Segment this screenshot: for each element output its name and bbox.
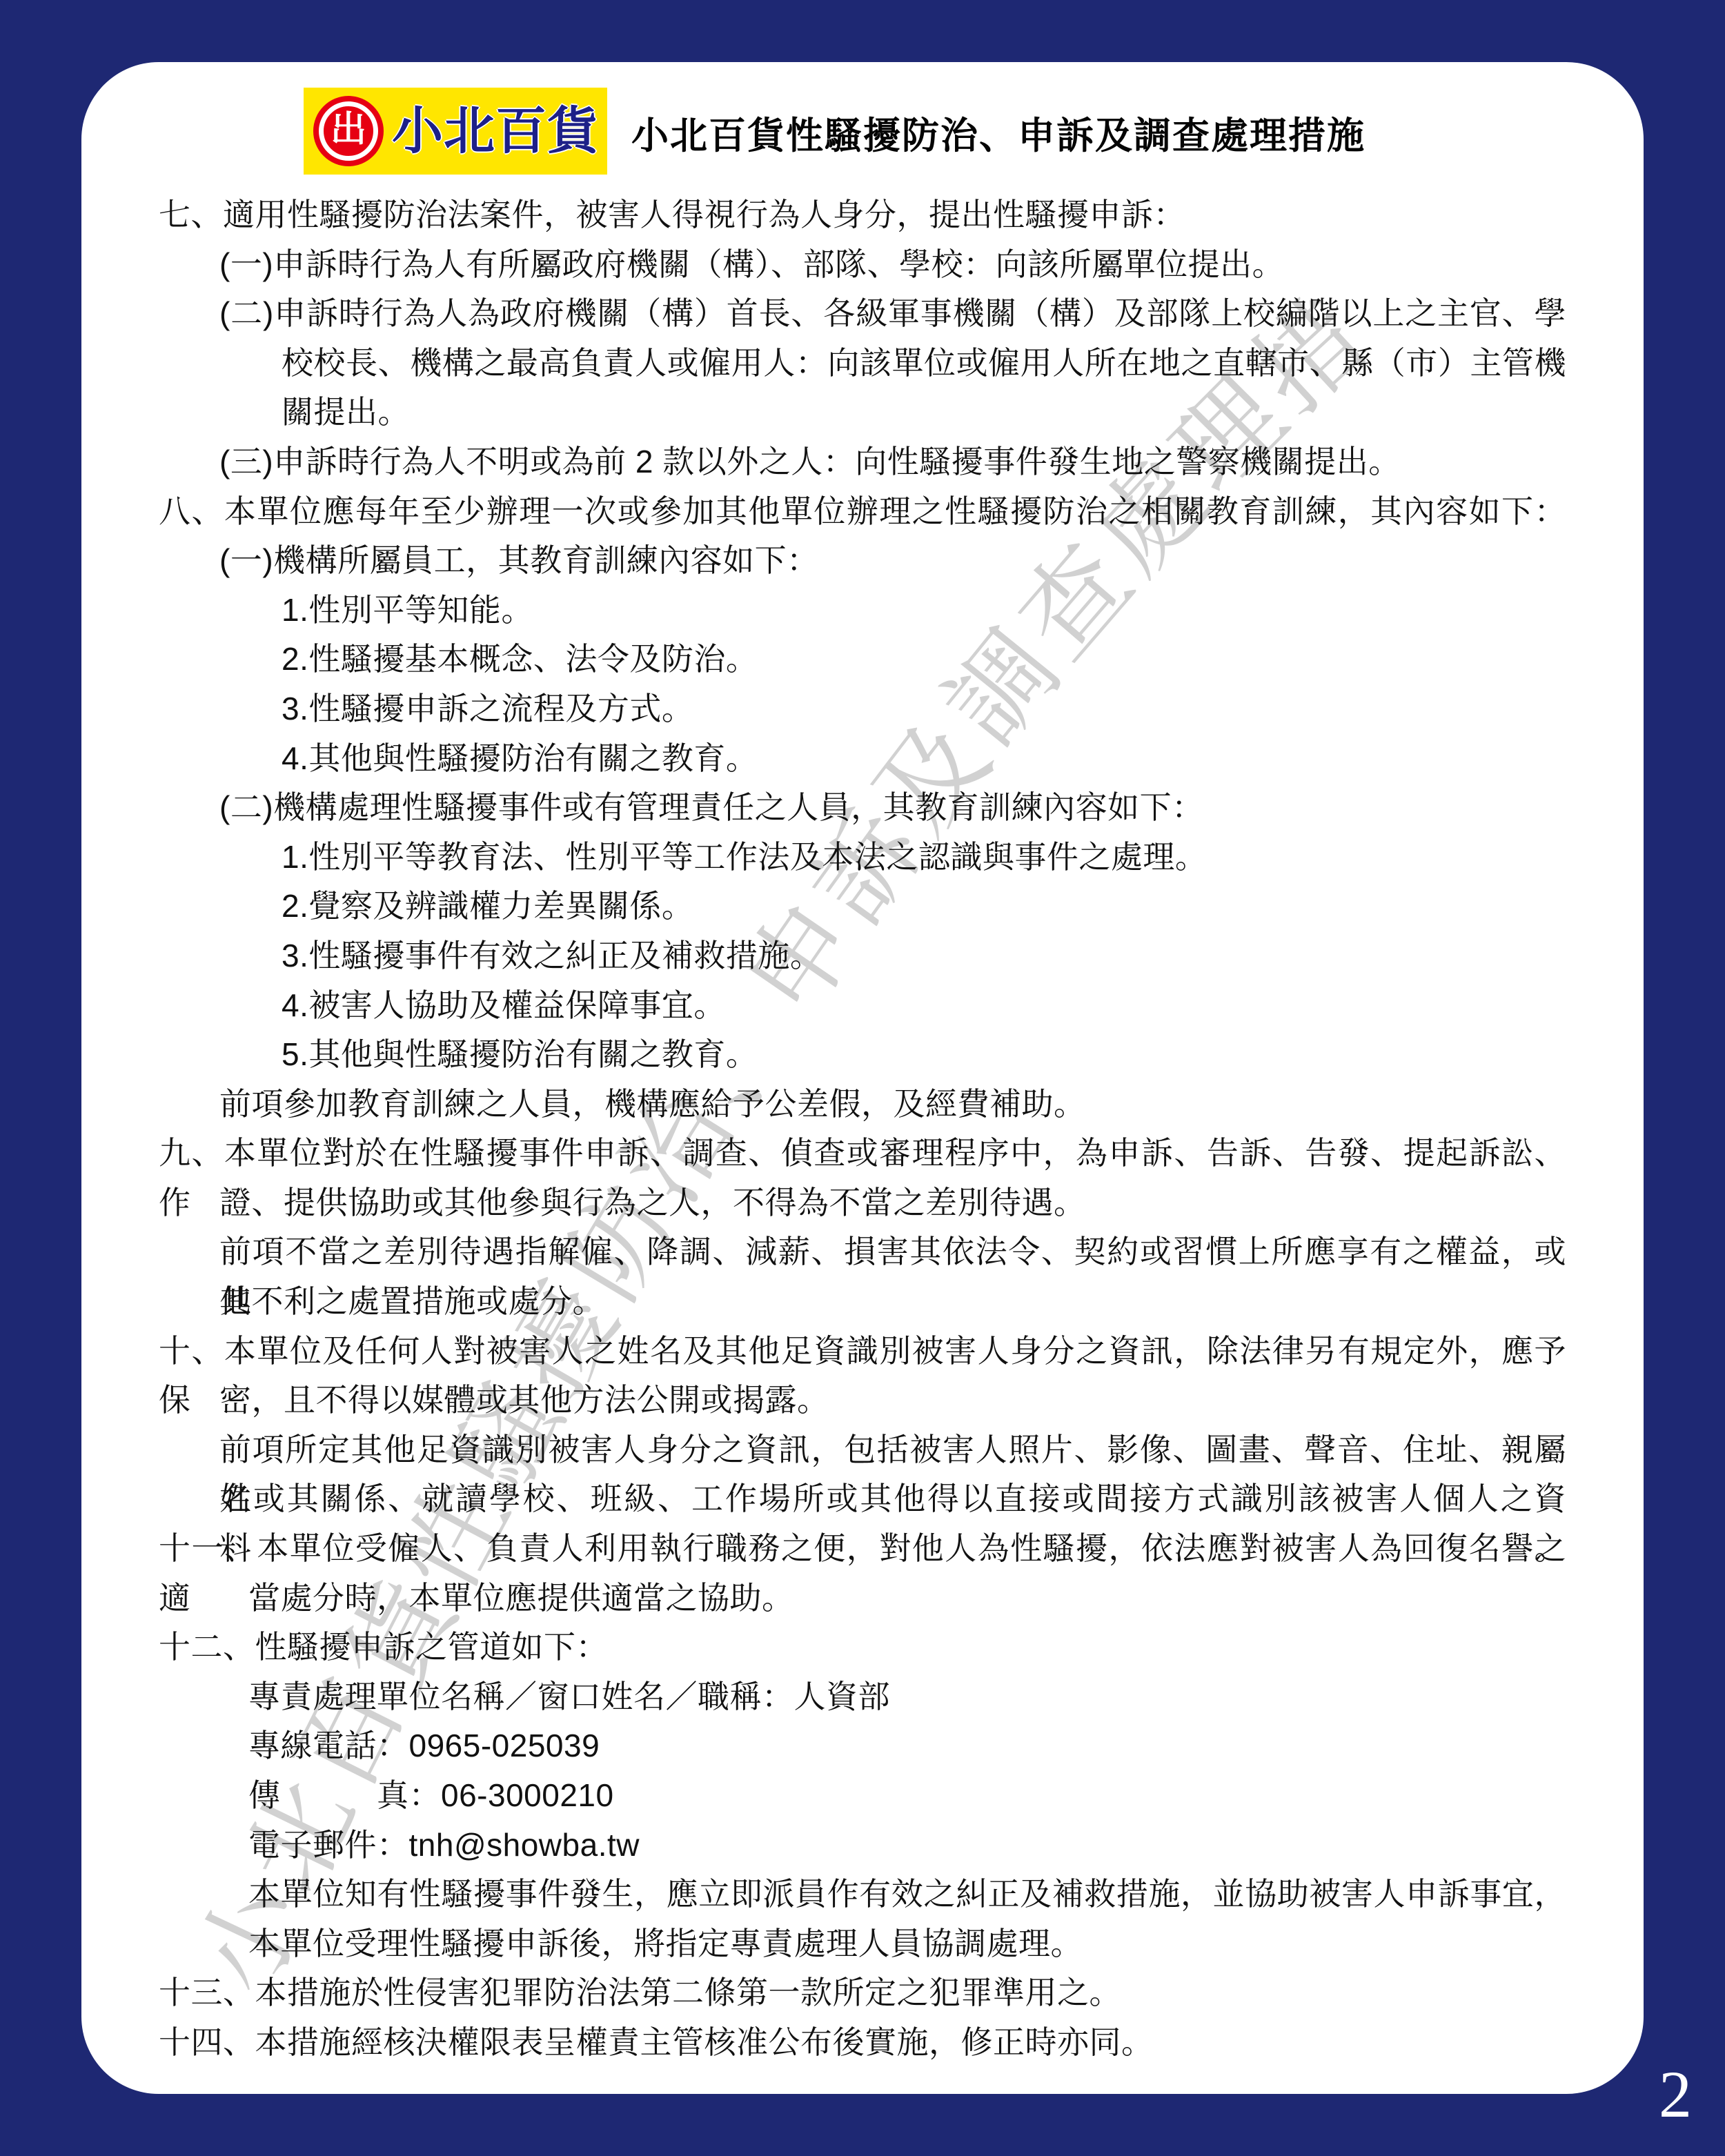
text-line: 十、本單位及任何人對被害人之姓名及其他足資識別被害人身分之資訊，除法律另有規定外…	[159, 1327, 1566, 1376]
text-line: (一)申訴時行為人有所屬政府機關（構）、部隊、學校：向該所屬單位提出。	[219, 240, 1566, 290]
text-line: (三)申訴時行為人不明或為前 2 款以外之人：向性騷擾事件發生地之警察機關提出。	[219, 437, 1566, 487]
brand-circle-icon: 出	[313, 96, 384, 166]
text-line: 九、本單位對於在性騷擾事件申訴、調查、偵查或審理程序中，為申訴、告訴、告發、提起…	[159, 1129, 1566, 1178]
text-line: 名或其關係、就讀學校、班級、工作場所或其他得以直接或間接方式識別該被害人個人之資…	[219, 1474, 1566, 1524]
brand-symbol: 出	[331, 112, 366, 148]
text-line: 本單位知有性騷擾事件發生，應立即派員作有效之糾正及補救措施，並協助被害人申訴事宜…	[248, 1870, 1566, 1919]
text-line: 4.其他與性騷擾防治有關之教育。	[282, 734, 1566, 784]
text-line: (一)機構所屬員工，其教育訓練內容如下：	[219, 536, 1566, 586]
text-line: 當處分時，本單位應提供適當之協助。	[248, 1574, 1566, 1623]
text-line: 十三、本措施於性侵害犯罪防治法第二條第一款所定之犯罪準用之。	[159, 1968, 1566, 2018]
text-line: 密，且不得以媒體或其他方法公開或揭露。	[219, 1376, 1566, 1425]
text-line: 八、本單位應每年至少辦理一次或參加其他單位辦理之性騷擾防治之相關教育訓練，其內容…	[159, 487, 1566, 537]
document-body: 七、適用性騷擾防治法案件，被害人得視行為人身分，提出性騷擾申訴：(一)申訴時行為…	[159, 190, 1566, 2068]
text-line: 2.性騷擾基本概念、法令及防治。	[282, 635, 1566, 684]
page-title: 小北百貨性騷擾防治、申訴及調查處理措施	[631, 106, 1366, 159]
text-line: 前項參加教育訓練之人員，機構應給予公差假，及經費補助。	[219, 1080, 1566, 1129]
text-line: 前項不當之差別待遇指解僱、降調、減薪、損害其依法令、契約或習慣上所應享有之權益，…	[219, 1227, 1566, 1277]
text-line: 關提出。	[282, 388, 1566, 437]
text-line: (二)機構處理性騷擾事件或有管理責任之人員，其教育訓練內容如下：	[219, 783, 1566, 833]
text-line: (二)申訴時行為人為政府機關（構）首長、各級軍事機關（構）及部隊上校編階以上之主…	[219, 289, 1566, 339]
text-line: 十四、本措施經核決權限表呈權責主管核准公布後實施，修正時亦同。	[159, 2018, 1566, 2068]
text-line: 專責處理單位名稱／窗口姓名／職稱：人資部	[248, 1672, 1566, 1722]
text-line: 證、提供協助或其他參與行為之人，不得為不當之差別待遇。	[219, 1178, 1566, 1228]
text-line: 3.性騷擾申訴之流程及方式。	[282, 684, 1566, 734]
text-line: 校校長、機構之最高負責人或僱用人：向該單位或僱用人所在地之直轄市、縣（市）主管機	[282, 339, 1566, 388]
text-line: 5.其他與性騷擾防治有關之教育。	[282, 1030, 1566, 1080]
text-line: 前項所定其他足資識別被害人身分之資訊，包括被害人照片、影像、圖畫、聲音、住址、親…	[219, 1425, 1566, 1475]
brand-logo: 出 小北百貨	[304, 88, 607, 175]
brand-name: 小北百貨	[392, 103, 599, 159]
page: { "page": { "number": "2" }, "colors": {…	[0, 0, 1725, 2156]
page-number: 2	[1659, 2061, 1692, 2128]
text-line: 本單位受理性騷擾申訴後，將指定專責處理人員協調處理。	[248, 1919, 1566, 1969]
text-line: 十二、性騷擾申訴之管道如下：	[159, 1623, 1566, 1672]
text-line: 電子郵件：tnh@showba.tw	[248, 1821, 1566, 1870]
text-line: 十一、本單位受僱人、負責人利用執行職務之便，對他人為性騷擾，依法應對被害人為回復…	[159, 1524, 1566, 1574]
text-line: 3.性騷擾事件有效之糾正及補救措施。	[282, 931, 1566, 981]
text-line: 專線電話：0965-025039	[248, 1721, 1566, 1771]
text-line: 2.覺察及辨識權力差異關係。	[282, 882, 1566, 931]
text-line: 傳 真：06-3000210	[248, 1771, 1566, 1821]
text-line: 1.性別平等知能。	[282, 586, 1566, 635]
text-line: 七、適用性騷擾防治法案件，被害人得視行為人身分，提出性騷擾申訴：	[159, 190, 1566, 240]
text-line: 他不利之處置措施或處分。	[219, 1277, 1566, 1327]
paper: 小北百貨性騷擾防治、申訴及調查處理措施 出 小北百貨 小北百貨性騷擾防治、申訴及…	[81, 62, 1644, 2094]
text-line: 1.性別平等教育法、性別平等工作法及本法之認識與事件之處理。	[282, 833, 1566, 882]
text-line: 4.被害人協助及權益保障事宜。	[282, 981, 1566, 1031]
